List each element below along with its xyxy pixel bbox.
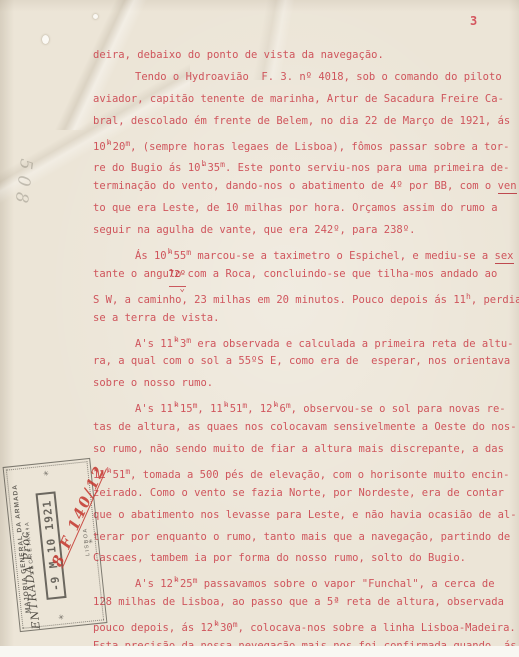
typewritten-line: A's 12h.25m passavamos sobre o vapor "Fu… [93, 570, 508, 592]
stamp-star-icon: ✳ [41, 470, 52, 476]
hour-superscript: h. [213, 621, 220, 631]
stamp-star-icon: ✳ [56, 614, 67, 620]
hour-superscript: h. [273, 402, 280, 412]
minute-superscript: m [186, 248, 191, 257]
typewritten-line: tas de altura, as quaes nos colocavam se… [93, 417, 508, 439]
typewritten-line: se a terra de vista. [93, 308, 508, 330]
typewritten-line: que o abatimento nos levasse para Leste,… [93, 505, 508, 527]
typewritten-line: aviador, capitão tenente de marinha, Art… [93, 89, 508, 111]
typewritten-line: A's 11h.15m, 11h.51m, 12h.6m, observou-s… [93, 395, 508, 417]
typewritten-line: seguir na agulha de vante, que era 242º,… [93, 220, 508, 242]
typewritten-line: A's 11h.3m era observada e calculada a p… [93, 330, 508, 352]
hour-superscript: h. [106, 140, 113, 150]
typewritten-line: to que era Leste, de 10 milhas por hora.… [93, 198, 508, 220]
typewritten-line: Ás 10h.55m marcou-se a taximetro o Espic… [93, 242, 508, 264]
minute-superscript: h [466, 292, 471, 301]
typewritten-line: deira, debaixo do ponto de vista da nave… [93, 45, 508, 67]
minute-superscript: m [125, 139, 130, 148]
minute-superscript: m [286, 401, 291, 410]
typewritten-line: so rumo, não sendo muito de fiar a altur… [93, 439, 508, 461]
typewritten-line: terminação do vento, dando-nos o abatime… [93, 176, 508, 198]
typewritten-text-block: deira, debaixo do ponto de vista da nave… [93, 45, 508, 657]
pencil-margin-note: 508 [6, 158, 36, 240]
minute-superscript: m [186, 336, 191, 345]
hour-superscript: h. [200, 161, 207, 171]
scan-background [0, 646, 519, 657]
paper-blemish [42, 35, 49, 44]
minute-superscript: m [193, 401, 198, 410]
typewritten-line: zeirado. Como o vento se fazia Norte, po… [93, 483, 508, 505]
typewritten-line: ra, a qual com o sol a 55ºS E, como era … [93, 351, 508, 373]
hour-superscript: h. [173, 577, 180, 587]
typewritten-line: re do Bugio ás 10h.35m. Este ponto servi… [93, 154, 508, 176]
paper-blemish [93, 14, 98, 19]
typewritten-line: bral, descolado ém frente de Belem, no d… [93, 111, 508, 133]
typewritten-line: 10h.20m, (sempre horas legaes de Lisboa)… [93, 133, 508, 155]
hour-superscript: h. [173, 402, 180, 412]
underlined-fragment: sex [495, 250, 514, 264]
underlined-fragment: ven [498, 180, 517, 194]
minute-superscript: m [220, 160, 225, 169]
minute-superscript: m [125, 467, 130, 476]
minute-superscript: m [233, 620, 238, 629]
typewritten-line: terar por enquanto o rumo, tanto mais qu… [93, 527, 508, 549]
typewritten-line: S W, a caminho, 23 milhas em 20 minutos.… [93, 286, 508, 308]
minute-superscript: m [193, 576, 198, 585]
typewritten-line: Cascaes, tambem ia por forma do nosso ru… [93, 548, 508, 570]
typewritten-line: tante o angulo⌄72ºcom a Roca, concluindo… [93, 264, 508, 286]
typewritten-line: sobre o nosso rumo. [93, 373, 508, 395]
page-number: 3 [470, 14, 477, 28]
typewritten-line: pouco depois, ás 12h.30m, colocava-nos s… [93, 614, 508, 636]
hour-superscript: h. [167, 249, 174, 259]
typewritten-line: Tendo o Hydroavião F. 3. nº 4018, sob o … [93, 67, 508, 89]
paper-sheet: 3 deira, debaixo do ponto de vista da na… [0, 0, 519, 646]
hour-superscript: h. [173, 337, 180, 347]
hour-superscript: h. [223, 402, 230, 412]
minute-superscript: m [242, 401, 247, 410]
typewritten-line: 11h.51m, tomada a 500 pés de elevação, c… [93, 461, 508, 483]
typewritten-line: 128 milhas de Lisboa, ao passo que a 5ª … [93, 592, 508, 614]
